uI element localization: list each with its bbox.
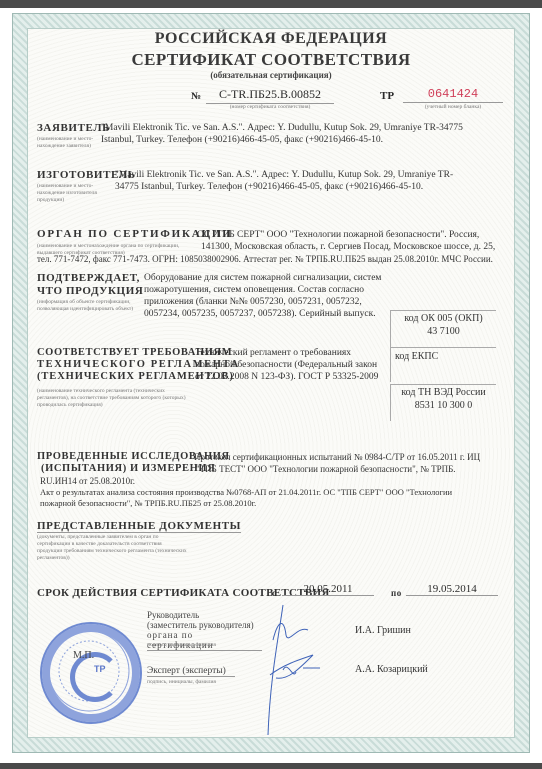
signature-icon <box>258 600 338 740</box>
manufacturer-caption: (наименование и место-нахождение изготов… <box>37 183 107 204</box>
tp-label: ТР <box>380 90 394 102</box>
number-label: № <box>191 91 201 102</box>
head-caption: подпись, инициалы, фамилия <box>147 642 216 649</box>
certification-body-line2: 141300, Московская область, г. Сергиев П… <box>201 241 495 253</box>
requirements-text: Технический регламент о требованиях пожа… <box>195 347 385 383</box>
certificate-subtitle: (обязательная сертификация) <box>0 70 542 80</box>
tnved-code-value: 8531 10 300 0 <box>391 400 496 411</box>
product-caption: (информация об объекте сертификации, поз… <box>37 299 143 313</box>
certificate-title: СЕРТИФИКАТ СООТВЕТСТВИЯ <box>0 50 542 70</box>
tests-line1: Протокол сертификационных испытаний № 09… <box>194 451 480 463</box>
certificate-number: C-TR.ПБ25.B.00852 <box>206 87 334 104</box>
applicant-caption: (наименование и место-нахождение заявите… <box>37 136 101 150</box>
seal-stamp: ТР <box>40 622 142 724</box>
stamp-label: М.П. <box>73 650 94 661</box>
expert-label: Эксперт (эксперты) <box>147 666 235 677</box>
applicant-label: ЗАЯВИТЕЛЬ <box>37 122 110 134</box>
ekps-code-label: код ЕКПС <box>391 351 496 362</box>
head-label-line2: (заместитель руководителя) <box>147 620 262 630</box>
expert-caption: подпись, инициалы, фамилия <box>147 679 216 686</box>
country-title: РОССИЙСКАЯ ФЕДЕРАЦИЯ <box>0 30 542 48</box>
okp-code-box: код ОК 005 (ОКП) 43 7100 <box>390 310 496 347</box>
okp-code-label: код ОК 005 (ОКП) <box>391 313 496 324</box>
stamp-tp-mark: ТР <box>94 664 106 674</box>
certification-body-line3: тел. 771-7472, факс 771-7473. ОГРН: 1085… <box>37 253 493 265</box>
tnved-code-label: код ТН ВЭД России <box>391 387 496 398</box>
head-label-line1: Руководитель <box>147 610 262 620</box>
tests-line2: "ТПБ ТЕСТ" ООО "Технологии пожарной безо… <box>196 463 456 475</box>
tnved-code-box: код ТН ВЭД России 8531 10 300 0 <box>390 384 496 421</box>
product-label: ПОДТВЕРЖДАЕТ, ЧТО ПРОДУКЦИЯ <box>37 272 147 298</box>
expert-name: А.А. Козарицкий <box>355 664 428 675</box>
validity-to-date: 19.05.2014 <box>406 583 498 596</box>
validity-from-label: с <box>272 588 277 598</box>
validity-from-date: 20.05.2011 <box>282 583 374 596</box>
certificate-number-caption: (номер сертификата соответствия) <box>206 104 334 110</box>
documents-label: ПРЕДСТАВЛЕННЫЕ ДОКУМЕНТЫ <box>37 520 241 533</box>
documents-caption: (документы, представленные заявителем в … <box>37 534 187 562</box>
product-text: Оборудование для систем пожарной сигнали… <box>144 272 392 320</box>
validity-to-label: по <box>391 588 402 598</box>
manufacturer-text: "Mavili Elektronik Tic. ve San. A.S.". А… <box>115 169 465 193</box>
top-edge <box>0 0 542 8</box>
requirements-caption: (наименование технического регламента (т… <box>37 388 187 409</box>
head-name: И.А. Гришин <box>355 625 411 636</box>
certification-body-line1: ОС "ТПБ СЕРТ" ООО "Технологии пожарной б… <box>197 229 507 241</box>
blank-number: 0641424 <box>403 87 503 103</box>
ekps-code-box: код ЕКПС <box>390 347 496 382</box>
tests-line5: пожарной безопасности", № ТРПБ.RU.ПБ25 о… <box>40 497 256 509</box>
bottom-edge <box>0 763 542 769</box>
blank-number-caption: (учетный номер бланка) <box>403 104 503 110</box>
okp-code-value: 43 7100 <box>391 326 496 337</box>
applicant-text: "Mavili Elektronik Tic. ve San. A.S.". А… <box>101 122 491 146</box>
